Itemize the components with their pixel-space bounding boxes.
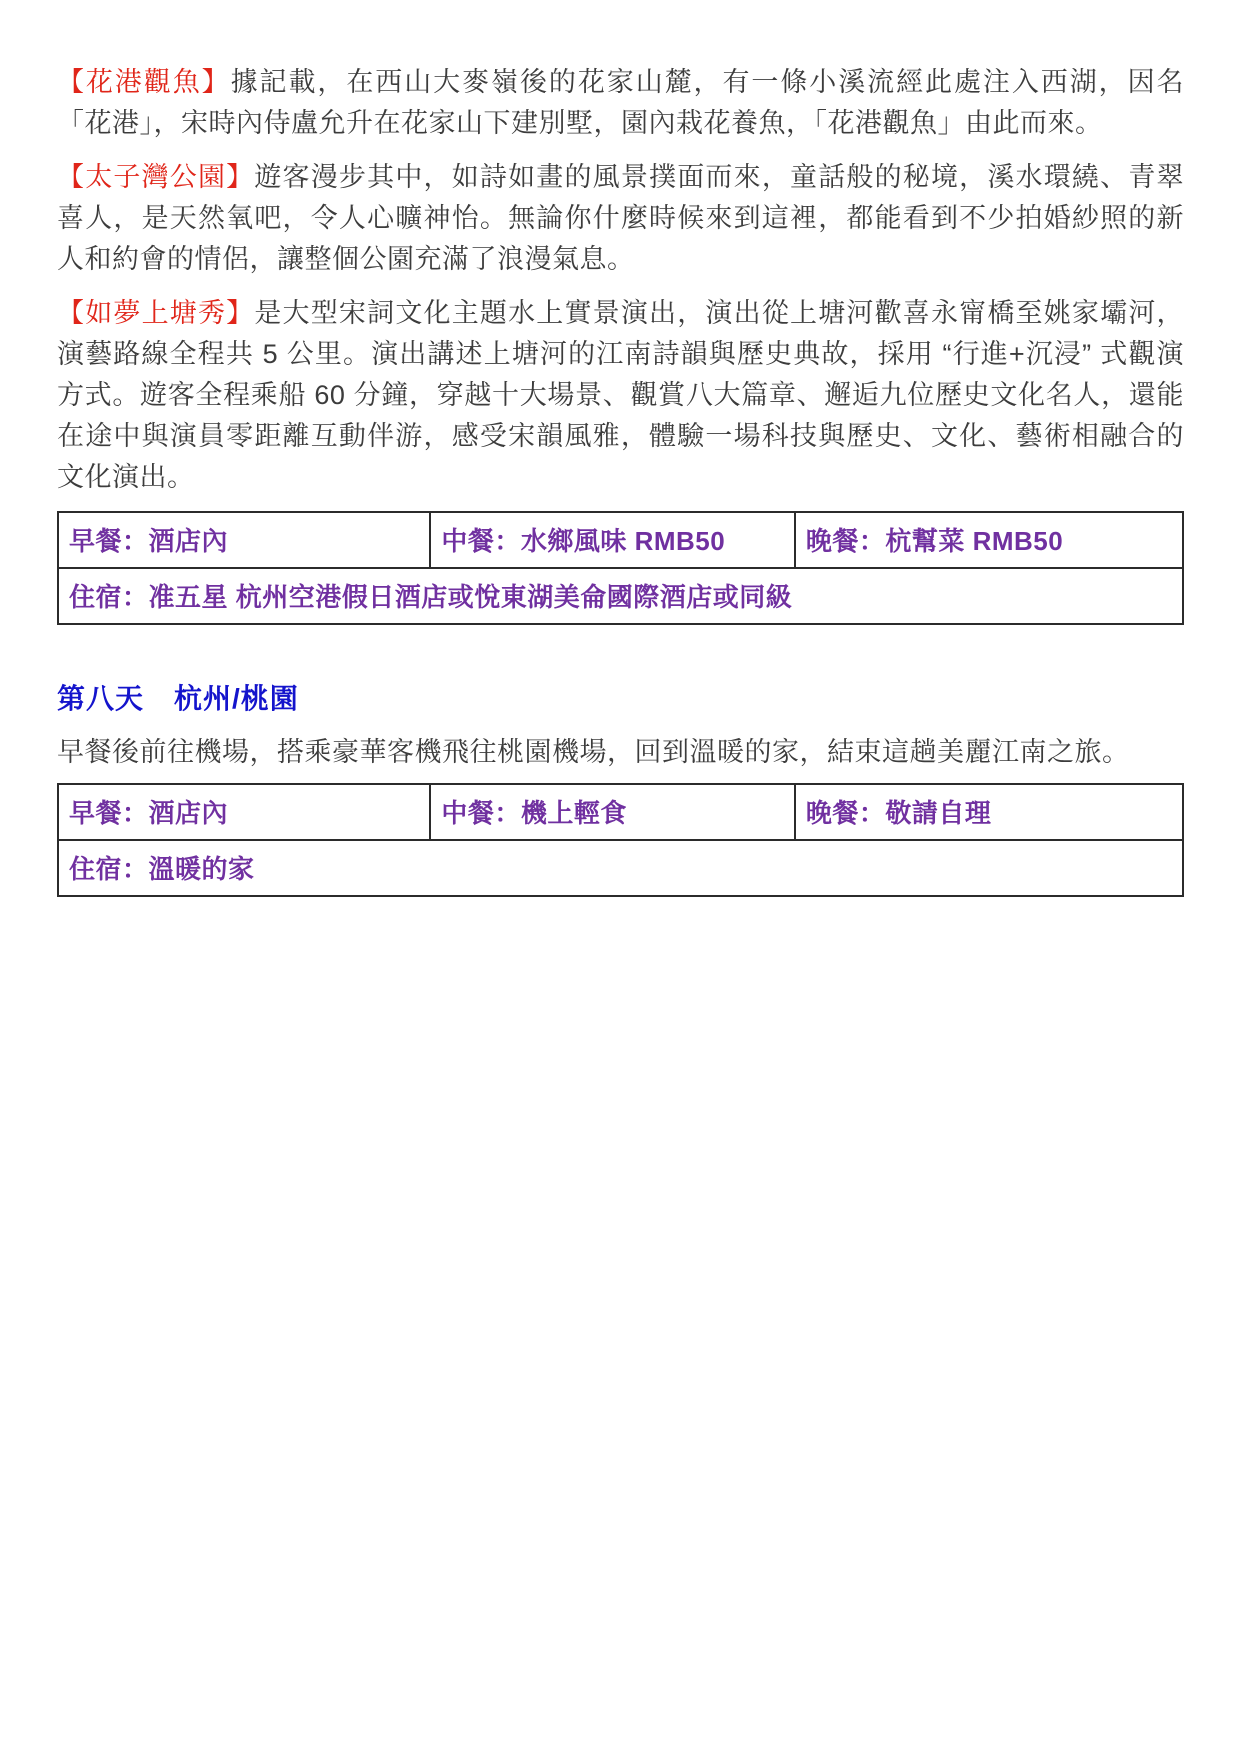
lodging-row-day8: 住宿：溫暖的家 <box>58 840 1183 896</box>
paragraph-prince-bay-park: 【太子灣公園】遊客漫步其中，如詩如畫的風景撲面而來，童話般的秘境，溪水環繞、青翠… <box>57 157 1184 280</box>
attraction-tag-shangtang: 【如夢上塘秀】 <box>57 298 254 328</box>
day8-label: 第八天 <box>57 683 144 714</box>
lodging-cell-day7: 住宿：准五星 杭州空港假日酒店或悅東湖美侖國際酒店或同級 <box>58 568 1183 624</box>
lunch-cell-day8: 中餐：機上輕食 <box>430 784 795 840</box>
paragraph-huagang-fish-viewing: 【花港觀魚】據記載，在西山大麥嶺後的花家山麓，有一條小溪流經此處注入西湖，因名「… <box>57 62 1184 144</box>
day8-header: 第八天杭州/桃園 <box>57 677 1184 717</box>
meal-table-day7: 早餐：酒店內 中餐：水鄉風味 RMB50 晚餐：杭幫菜 RMB50 住宿：准五星… <box>57 511 1184 625</box>
day8-paragraph: 早餐後前往機場，搭乘豪華客機飛往桃園機場，回到溫暖的家，結束這趟美麗江南之旅。 <box>57 732 1184 773</box>
day8-route: 杭州/桃園 <box>174 683 299 714</box>
breakfast-cell-day7: 早餐：酒店內 <box>58 512 430 568</box>
lodging-row-day7: 住宿：准五星 杭州空港假日酒店或悅東湖美侖國際酒店或同級 <box>58 568 1183 624</box>
attraction-tag-prince-bay: 【太子灣公園】 <box>57 162 254 192</box>
dinner-cell-day8: 晚餐：敬請自理 <box>795 784 1183 840</box>
breakfast-cell-day8: 早餐：酒店內 <box>58 784 430 840</box>
dinner-cell-day7: 晚餐：杭幫菜 RMB50 <box>795 512 1183 568</box>
document-content: 【花港觀魚】據記載，在西山大麥嶺後的花家山麓，有一條小溪流經此處注入西湖，因名「… <box>0 0 1241 897</box>
attraction-tag-huagang: 【花港觀魚】 <box>57 67 231 97</box>
lunch-cell-day7: 中餐：水鄉風味 RMB50 <box>430 512 795 568</box>
lodging-cell-day8: 住宿：溫暖的家 <box>58 840 1183 896</box>
meal-row-day8: 早餐：酒店內 中餐：機上輕食 晚餐：敬請自理 <box>58 784 1183 840</box>
document-page: 【花港觀魚】據記載，在西山大麥嶺後的花家山麓，有一條小溪流經此處注入西湖，因名「… <box>0 0 1241 1755</box>
paragraph-shangtang-show: 【如夢上塘秀】是大型宋詞文化主題水上實景演出，演出從上塘河歡喜永甯橋至姚家壩河，… <box>57 293 1184 498</box>
meal-row-day7: 早餐：酒店內 中餐：水鄉風味 RMB50 晚餐：杭幫菜 RMB50 <box>58 512 1183 568</box>
meal-table-day8: 早餐：酒店內 中餐：機上輕食 晚餐：敬請自理 住宿：溫暖的家 <box>57 783 1184 897</box>
